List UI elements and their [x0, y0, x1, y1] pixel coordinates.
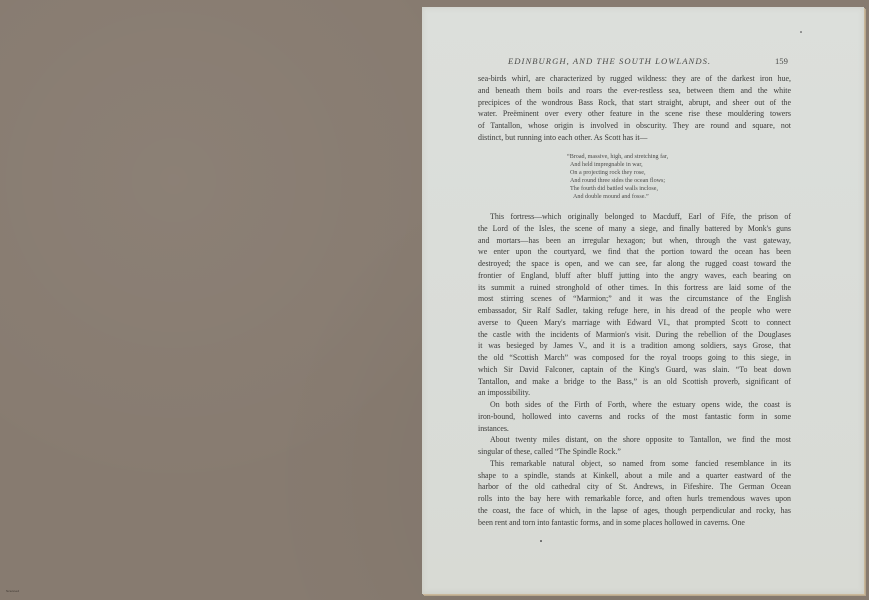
- text-line: instances.: [478, 423, 791, 435]
- paragraph-3: On both sides of the Firth of Forth, whe…: [478, 399, 791, 434]
- verse-quotation: “Broad, massive, high, and stretching fa…: [567, 153, 791, 202]
- scan-label: Scanned: [6, 589, 19, 593]
- text-line: water. Preëminent over every other featu…: [478, 108, 791, 120]
- paragraph-4: About twenty miles distant, on the shore…: [478, 434, 791, 458]
- text-line: embassador, Sir Ralf Sadler, taking refu…: [478, 305, 791, 317]
- page-number: 159: [775, 56, 788, 66]
- book-page: EDINBURGH, AND THE SOUTH LOWLANDS. 159 s…: [422, 7, 864, 594]
- text-line: the Lord of the Isles, the scene of many…: [478, 223, 791, 235]
- text-line: frontier of England, bluff after bluff j…: [478, 270, 791, 282]
- verse-line: The fourth did battled walls inclose,: [567, 185, 791, 193]
- text-line: its summit a ruined stronghold of other …: [478, 282, 791, 294]
- verse-line: “Broad, massive, high, and stretching fa…: [567, 153, 791, 161]
- verse-line: On a projecting rock they rose,: [567, 169, 791, 177]
- verse-line: And double mound and fosse.”: [567, 193, 791, 201]
- text-line: we enter upon the courtyard, we find tha…: [478, 246, 791, 258]
- text-line: and mortars—has been an irregular hexago…: [478, 235, 791, 247]
- text-line: This remarkable natural object, so named…: [478, 458, 791, 470]
- text-line: sea-birds whirl, are characterized by ru…: [478, 73, 791, 85]
- text-line: of Tantallon, whose origin is involved i…: [478, 120, 791, 132]
- text-line: the castle with the incidents of Marmion…: [478, 329, 791, 341]
- paper-speck: [540, 540, 542, 542]
- verse-line: And round three sides the ocean flows;: [567, 177, 791, 185]
- text-line: distinct, but running into each other. A…: [478, 132, 791, 144]
- text-line: and beneath them boils and roars the eve…: [478, 85, 791, 97]
- text-line: destroyed; the space is open, and we can…: [478, 258, 791, 270]
- text-line: shape to a spindle, stands at Kinkell, a…: [478, 470, 791, 482]
- running-title: EDINBURGH, AND THE SOUTH LOWLANDS.: [508, 56, 711, 66]
- text-line: been rent and torn into fantastic forms,…: [478, 517, 791, 529]
- text-line: which Sir David Falconer, captain of the…: [478, 364, 791, 376]
- text-line: an impossibility.: [478, 387, 791, 399]
- text-line: On both sides of the Firth of Forth, whe…: [478, 399, 791, 411]
- body-text: sea-birds whirl, are characterized by ru…: [478, 73, 791, 528]
- text-line: the old “Scottish March” was composed fo…: [478, 352, 791, 364]
- verse-line: And held impregnable in war,: [567, 161, 791, 169]
- text-line: most stirring scenes of “Marmion;” and i…: [478, 293, 791, 305]
- text-line: About twenty miles distant, on the shore…: [478, 434, 791, 446]
- paragraph-2: This fortress—which originally belonged …: [478, 211, 791, 399]
- text-line: the coast, the face of which, in the lap…: [478, 505, 791, 517]
- text-line: This fortress—which originally belonged …: [478, 211, 791, 223]
- text-line: rolls into the bay here with remarkable …: [478, 493, 791, 505]
- running-head: EDINBURGH, AND THE SOUTH LOWLANDS. 159: [422, 56, 864, 70]
- text-line: averse to Queen Mary's marriage with Edw…: [478, 317, 791, 329]
- paper-speck: [724, 88, 725, 89]
- text-line: harbor of the old cathedral city of St. …: [478, 481, 791, 493]
- paragraph-1: sea-birds whirl, are characterized by ru…: [478, 73, 791, 144]
- text-line: precipices of the wondrous Bass Rock, th…: [478, 97, 791, 109]
- paragraph-5: This remarkable natural object, so named…: [478, 458, 791, 529]
- text-line: Tantallon, and make a bridge to the Bass…: [478, 376, 791, 388]
- text-line: it was besieged by James V., and it is a…: [478, 340, 791, 352]
- text-line: singular of these, called “The Spindle R…: [478, 446, 791, 458]
- text-line: iron-bound, hollowed into caverns and ro…: [478, 411, 791, 423]
- paper-speck: [800, 31, 802, 33]
